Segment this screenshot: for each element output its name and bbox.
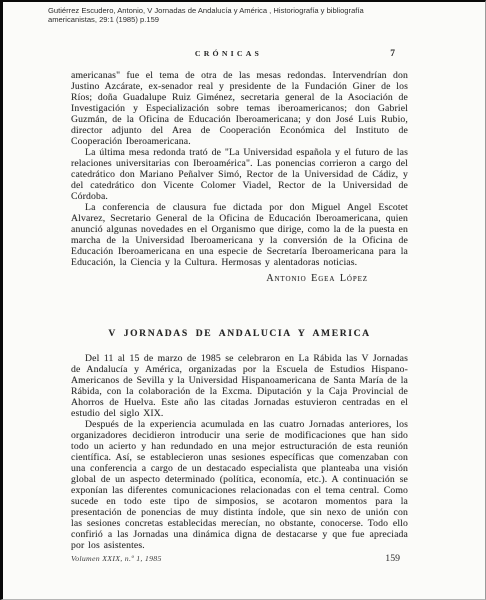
cronicas-paragraph-2: La última mesa redonda trató de "La Univ… [71, 147, 408, 202]
running-head-row: CRÓNICAS 7 [71, 49, 408, 61]
citation-header: Gutiérrez Escudero, Antonio, V Jornadas … [48, 6, 378, 24]
scanned-journal-page: Gutiérrez Escudero, Antonio, V Jornadas … [0, 0, 486, 600]
volume-info: Volumen XXIX, n.º 1, 1985 [71, 554, 162, 563]
jornadas-paragraph-1: Del 11 al 15 de marzo de 1985 se celebra… [71, 353, 408, 419]
section-heading: V JORNADAS DE ANDALUCIA Y AMERICA [71, 328, 408, 339]
page-number-top: 7 [390, 49, 395, 59]
cronicas-paragraph-1: americanas" fue el tema de otra de las m… [71, 70, 408, 147]
text-block: americanas" fue el tema de otra de las m… [71, 70, 408, 551]
author-signature: Antonio Egea López [71, 273, 408, 284]
jornadas-paragraph-2: Después de la experiencia acumulada en l… [71, 419, 408, 551]
page-number-bottom: 159 [385, 553, 408, 564]
page-footer: Volumen XXIX, n.º 1, 1985 159 [71, 553, 408, 564]
running-head-title: CRÓNICAS [71, 49, 386, 58]
cronicas-paragraph-3: La conferencia de clausura fue dictada p… [71, 202, 408, 268]
